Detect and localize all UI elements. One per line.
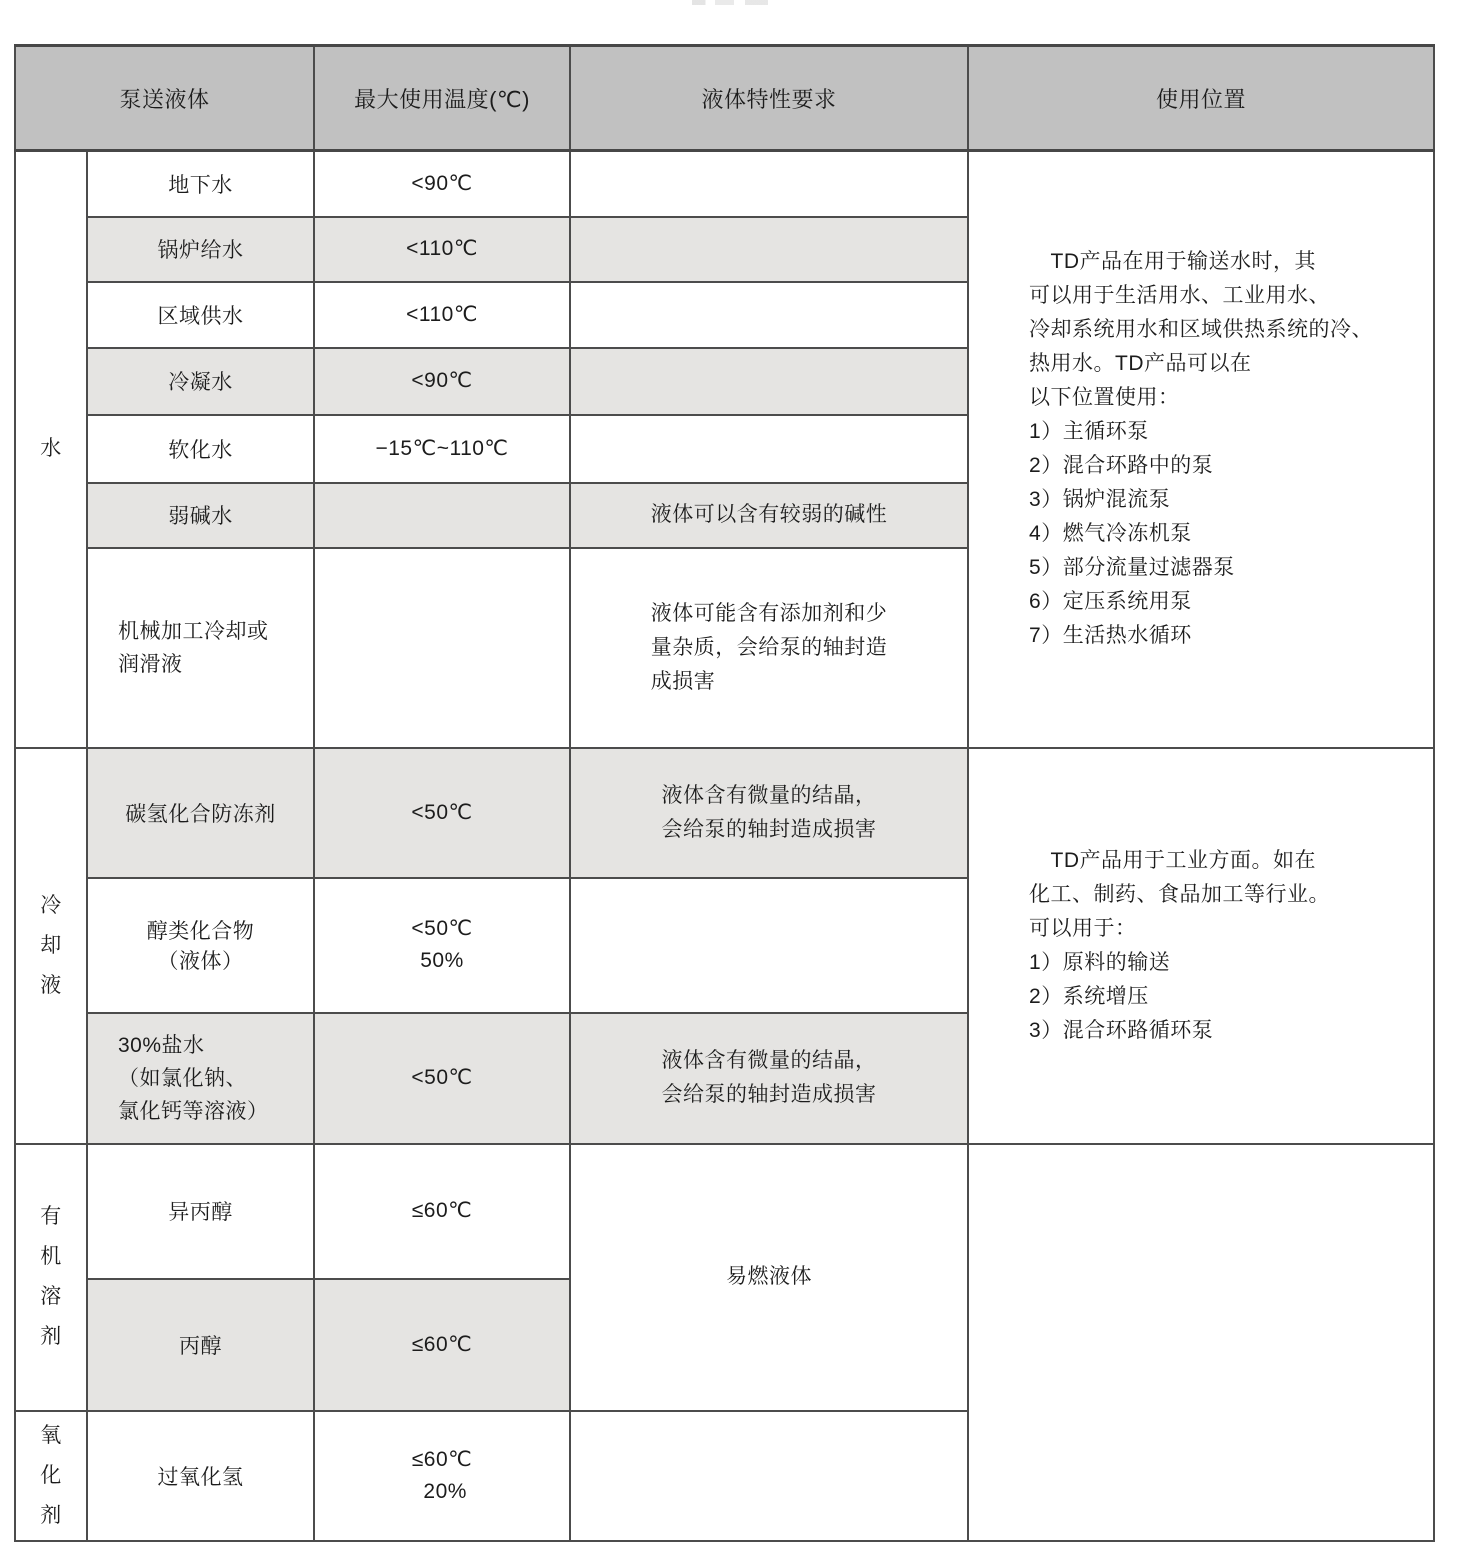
temp-propanol: ≤60℃ [314,1279,570,1411]
header-pumped-liquid: 泵送液体 [15,46,314,151]
temp-isopropanol: ≤60℃ [314,1144,570,1279]
group-label-oxidizer: 氧 化 剂 [15,1411,87,1541]
temp-groundwater: <90℃ [314,151,570,217]
req-empty [570,415,968,483]
table-row: 水 地下水 <90℃ TD产品在用于输送水时，其 可以用于生活用水、工业用水、 … [15,151,1434,217]
pumped-liquids-table: 泵送液体 最大使用温度(℃) 液体特性要求 使用位置 水 地下水 <90℃ TD… [14,44,1435,1542]
req-empty [570,282,968,348]
substance-brine-30pct: 30%盐水 （如氯化钠、 氯化钙等溶液） [87,1013,314,1144]
temp-condensate: <90℃ [314,348,570,415]
substance-condensate: 冷凝水 [87,348,314,415]
req-empty [570,348,968,415]
req-crystals-2: 液体含有微量的结晶， 会给泵的轴封造成损害 [570,1013,968,1144]
group-label-organic-solvent: 有 机 溶 剂 [15,1144,87,1411]
req-empty [570,151,968,217]
substance-softened-water: 软化水 [87,415,314,483]
header-max-temp: 最大使用温度(℃) [314,46,570,151]
group-label-water: 水 [15,151,87,748]
substance-district-water: 区域供水 [87,282,314,348]
temp-boiler-feedwater: <110℃ [314,217,570,282]
substance-groundwater: 地下水 [87,151,314,217]
table-row: 冷 却 液 碳氢化合防冻剂 <50℃ 液体含有微量的结晶， 会给泵的轴封造成损害… [15,748,1434,878]
req-empty [570,217,968,282]
substance-isopropanol: 异丙醇 [87,1144,314,1279]
req-weak-alkaline: 液体可以含有较弱的碱性 [570,483,968,548]
usage-bottom-cell [968,1144,1434,1541]
header-usage-position: 使用位置 [968,46,1434,151]
req-empty [570,1411,968,1541]
req-crystals-2-text: 液体含有微量的结晶， 会给泵的轴封造成损害 [662,1044,877,1112]
substance-propanol: 丙醇 [87,1279,314,1411]
temp-hydrocarbon-antifreeze: <50℃ [314,748,570,878]
group-label-coolant: 冷 却 液 [15,748,87,1144]
header-liquid-requirement: 液体特性要求 [570,46,968,151]
usage-coolant-cell: TD产品用于工业方面。如在 化工、制药、食品加工等行业。 可以用于： 1）原料的… [968,748,1434,1144]
substance-hydrocarbon-antifreeze: 碳氢化合防冻剂 [87,748,314,878]
substance-hydrogen-peroxide: 过氧化氢 [87,1411,314,1541]
temp-alcohol-compound: <50℃ 50% [314,878,570,1013]
req-machining-coolant-text: 液体可能含有添加剂和少 量杂质，会给泵的轴封造 成损害 [651,597,888,699]
usage-water-cell: TD产品在用于输送水时，其 可以用于生活用水、工业用水、 冷却系统用水和区域供热… [968,151,1434,748]
temp-hydrogen-peroxide: ≤60℃ 20% [314,1411,570,1541]
table-row: 有 机 溶 剂 异丙醇 ≤60℃ 易燃液体 [15,1144,1434,1279]
substance-alcohol-compound: 醇类化合物 （液体） [87,878,314,1013]
usage-coolant-text: TD产品用于工业方面。如在 化工、制药、食品加工等行业。 可以用于： 1）原料的… [969,844,1433,1048]
req-crystals-1-text: 液体含有微量的结晶， 会给泵的轴封造成损害 [662,779,877,847]
temp-brine-30pct: <50℃ [314,1013,570,1144]
substance-weak-alkaline-water: 弱碱水 [87,483,314,548]
cropped-title-artifact [692,0,768,5]
req-machining-coolant: 液体可能含有添加剂和少 量杂质，会给泵的轴封造 成损害 [570,548,968,748]
header-row: 泵送液体 最大使用温度(℃) 液体特性要求 使用位置 [15,46,1434,151]
usage-water-text: TD产品在用于输送水时，其 可以用于生活用水、工业用水、 冷却系统用水和区域供热… [969,245,1433,653]
temp-district-water: <110℃ [314,282,570,348]
substance-boiler-feedwater: 锅炉给水 [87,217,314,282]
req-empty [570,878,968,1013]
temp-empty [314,483,570,548]
temp-empty [314,548,570,748]
temp-softened-water: −15℃~110℃ [314,415,570,483]
req-flammable: 易燃液体 [570,1144,968,1411]
req-crystals-1: 液体含有微量的结晶， 会给泵的轴封造成损害 [570,748,968,878]
substance-machining-coolant: 机械加工冷却或 润滑液 [87,548,314,748]
